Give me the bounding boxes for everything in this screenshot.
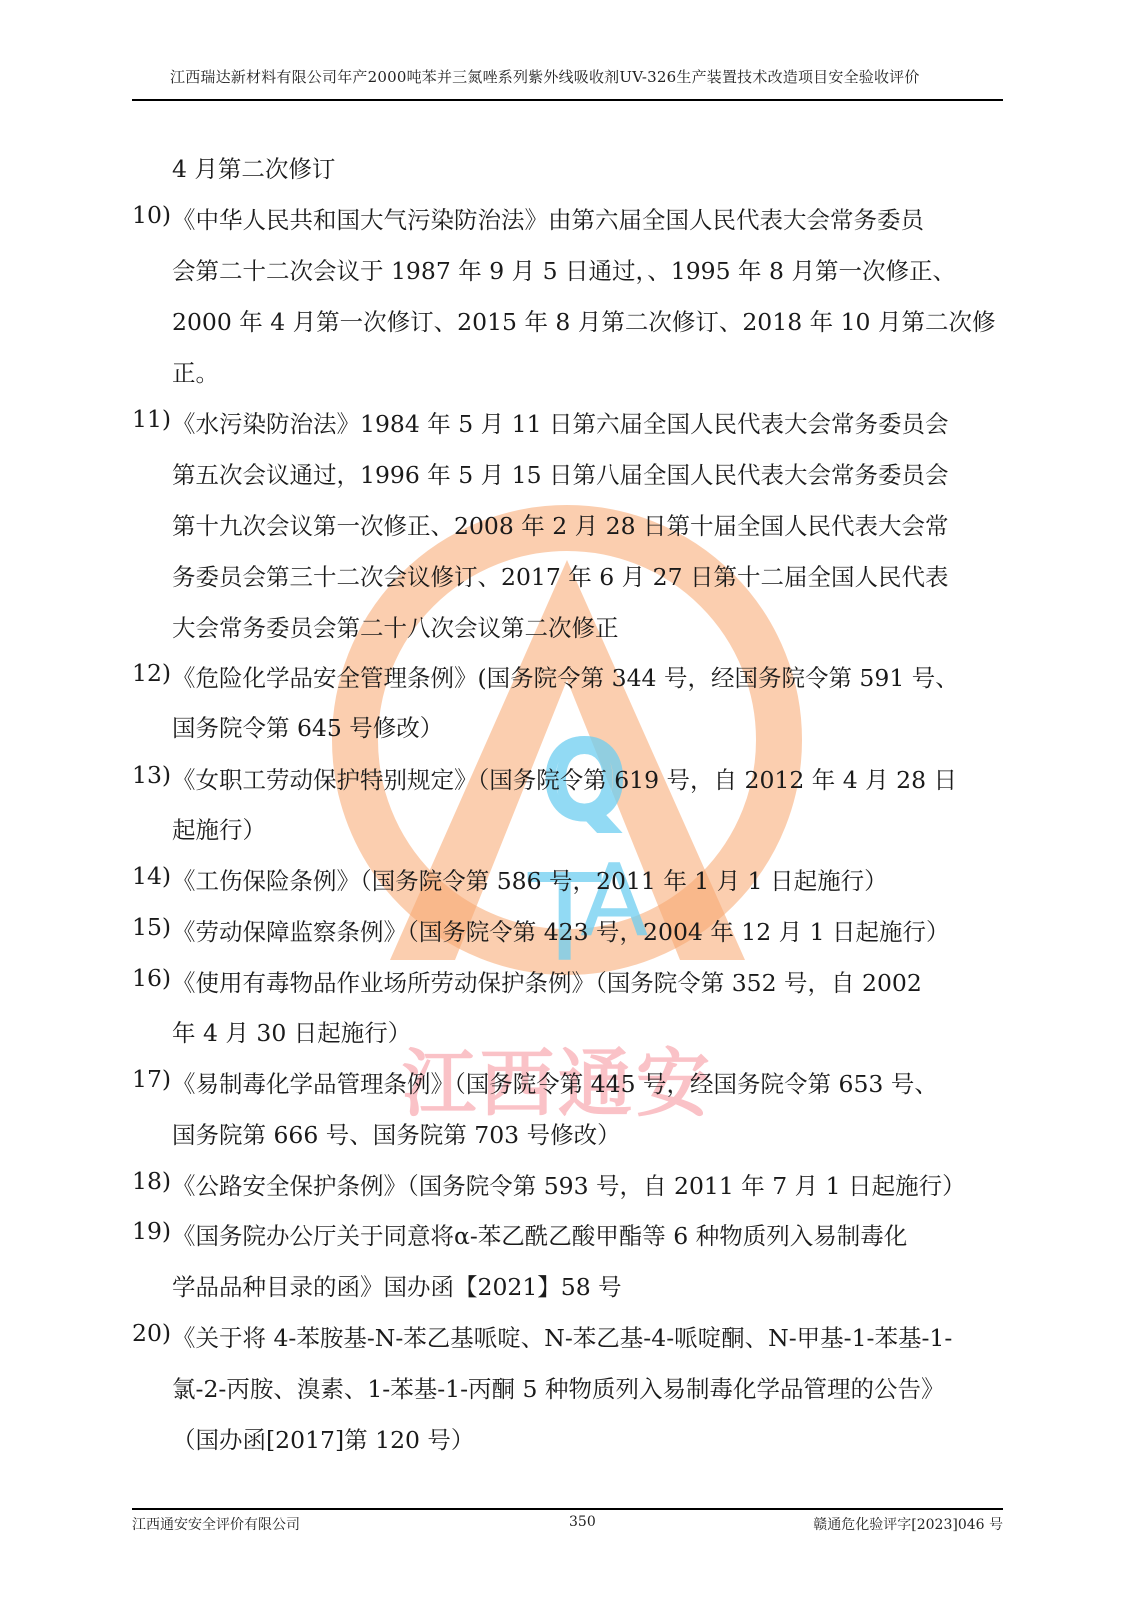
footer-doc-number: 赣通危化验评字[2023]046 号 (813, 1514, 1003, 1534)
page-header-title: 江西瑞达新材料有限公司年产2000吨苯并三氮唑系列紫外线吸收剂UV-326生产装… (170, 66, 1002, 87)
item-line: 《女职工劳动保护特别规定》（国务院令第 619 号，自 2012 年 4 月 2… (172, 761, 957, 795)
item-line: 《关于将 4-苯胺基-N-苯乙基哌啶、N-苯乙基-4-哌啶酮、N-甲基-1-苯基… (172, 1319, 952, 1353)
footer-company: 江西通安安全评价有限公司 (132, 1514, 300, 1534)
watermark-logo-icon: Q T A (0, 0, 1131, 1600)
item-line: 起施行） (172, 811, 266, 845)
item-line: 国务院第 666 号、国务院第 703 号修改） (172, 1116, 621, 1150)
header-divider (132, 99, 1003, 101)
item-line: 《劳动保障监察条例》（国务院令第 423 号，2004 年 12 月 1 日起施… (172, 913, 950, 947)
item-number: 16) (132, 964, 171, 992)
item-number: 13) (132, 761, 171, 789)
item-line: 《公路安全保护条例》（国务院令第 593 号，自 2011 年 7 月 1 日起… (172, 1167, 966, 1201)
item-line: 《国务院办公厅关于同意将α-苯乙酰乙酸甲酯等 6 种物质列入易制毒化 (172, 1217, 907, 1251)
item-number: 20) (132, 1319, 171, 1347)
footer-divider (132, 1508, 1003, 1510)
item-number: 14) (132, 862, 171, 890)
item-line: 《使用有毒物品作业场所劳动保护条例》（国务院令第 352 号，自 2002 (172, 964, 922, 998)
item-line: 《易制毒化学品管理条例》（国务院令第 445 号，经国务院令第 653 号、 (172, 1065, 938, 1099)
page-number: 350 (569, 1514, 596, 1530)
item-line: 务委员会第三十二次会议修订、2017 年 6 月 27 日第十二届全国人民代表 (172, 558, 949, 592)
item-line: 大会常务委员会第二十八次会议第二次修正 (172, 609, 619, 643)
item-number: 15) (132, 913, 171, 941)
item-line: 《工伤保险条例》（国务院令第 586 号，2011 年 1 月 1 日起施行） (172, 862, 888, 896)
item-line: 第五次会议通过，1996 年 5 月 15 日第八届全国人民代表大会常务委员会 (172, 456, 949, 490)
item-number: 10) (132, 201, 171, 229)
item-number: 12) (132, 659, 171, 687)
item-line: 《危险化学品安全管理条例》(国务院令第 344 号，经国务院令第 591 号、 (172, 659, 959, 693)
item-number: 18) (132, 1167, 171, 1195)
item-line: 年 4 月 30 日起施行） (172, 1014, 411, 1048)
item-line: （国办函[2017]第 120 号） (172, 1421, 474, 1455)
item-number: 11) (132, 405, 171, 433)
item-line: 氯-2-丙胺、溴素、1-苯基-1-丙酮 5 种物质列入易制毒化学品管理的公告》 (172, 1370, 944, 1404)
item-line: 学品品种目录的函》国办函【2021】58 号 (172, 1268, 622, 1302)
item-line: 《水污染防治法》1984 年 5 月 11 日第六届全国人民代表大会常务委员会 (172, 405, 949, 439)
document-page: Q T A 江西通安 江西瑞达新材料有限公司年产2000吨苯并三氮唑系列紫外线吸… (0, 0, 1131, 1600)
item-line: 《中华人民共和国大气污染防治法》由第六届全国人民代表大会常务委员 (172, 201, 924, 235)
item-line: 会第二十二次会议于 1987 年 9 月 5 日通过，、1995 年 8 月第一… (172, 252, 956, 286)
item-number: 17) (132, 1065, 171, 1093)
item-line: 第十九次会议第一次修正、2008 年 2 月 28 日第十届全国人民代表大会常 (172, 507, 949, 541)
item-line: 国务院令第 645 号修改） (172, 709, 443, 743)
item-line: 正。 (172, 354, 219, 388)
continuation-line: 4 月第二次修订 (172, 150, 335, 184)
item-line: 2000 年 4 月第一次修订、2015 年 8 月第二次修订、2018 年 1… (172, 303, 995, 337)
item-number: 19) (132, 1217, 171, 1245)
